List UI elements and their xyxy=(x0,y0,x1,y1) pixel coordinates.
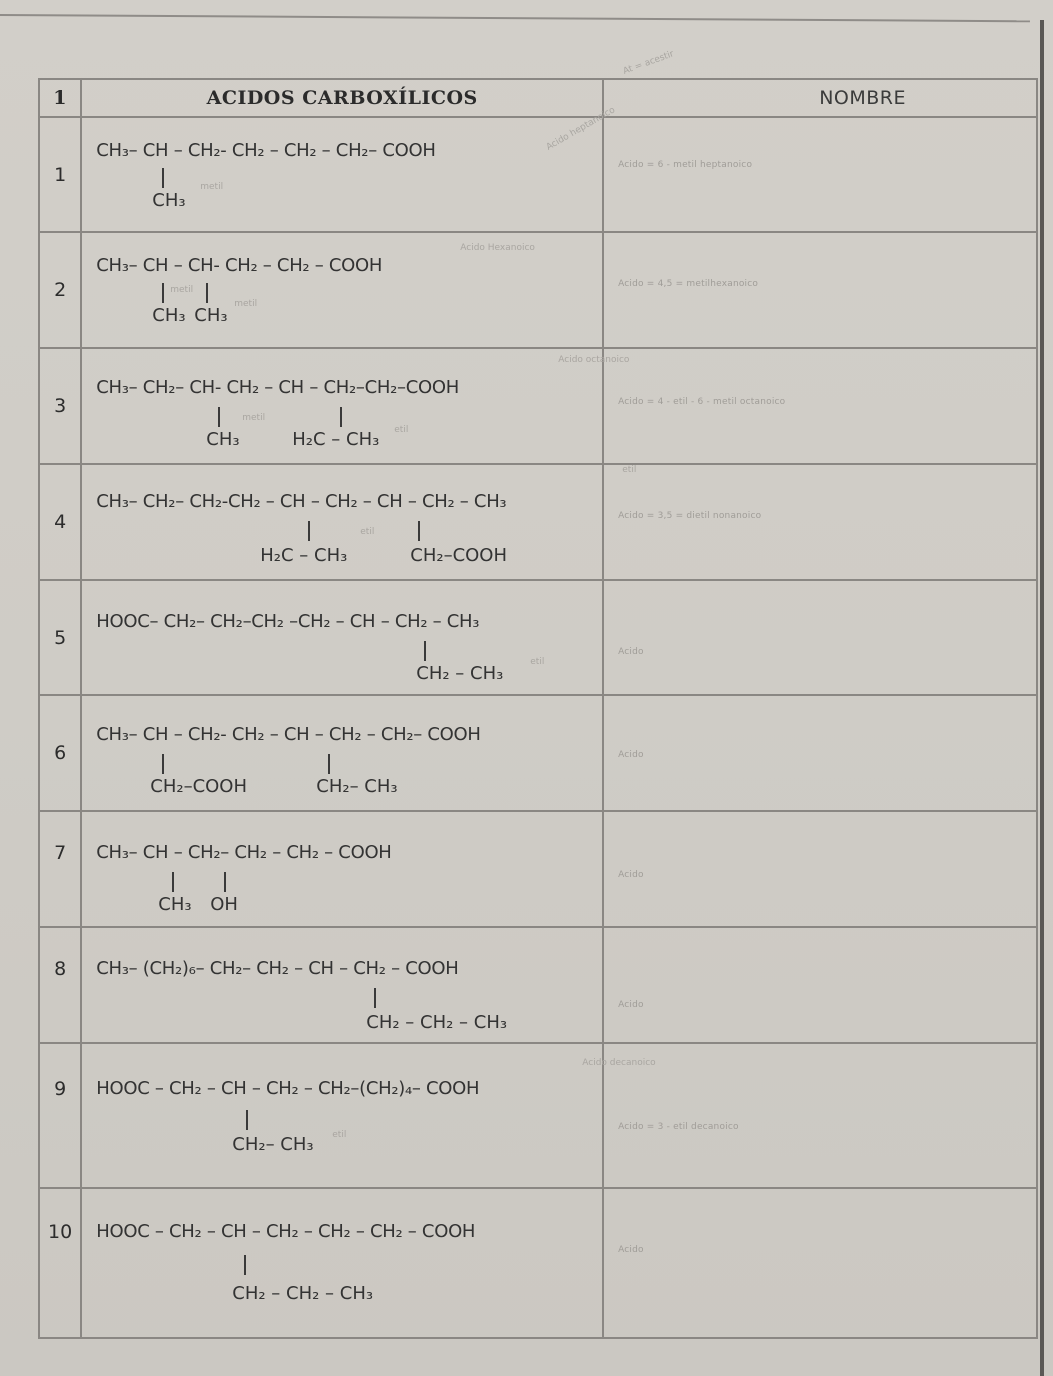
row-number: 5 xyxy=(39,580,81,695)
branch: CH₂– CH₃ xyxy=(316,776,397,797)
table-row: 1 CH₃– CH – CH₂- CH₂ – CH₂ – CH₂– COOH C… xyxy=(39,117,1037,232)
bond-line xyxy=(374,988,376,1008)
main-chain: HOOC – CH₂ – CH – CH₂ – CH₂ – CH₂ – COOH xyxy=(96,1221,475,1242)
pencil-note: metil xyxy=(170,285,193,295)
row-number: 3 xyxy=(39,348,81,464)
handwritten-name: Acido xyxy=(618,870,644,880)
handwritten-name: Acido = 4,5 = metilhexanoico xyxy=(618,279,758,289)
name-cell[interactable]: Acido xyxy=(603,927,1037,1043)
bond-line xyxy=(162,283,164,303)
formula-cell: CH₃– CH₂– CH₂-CH₂ – CH – CH₂ – CH – CH₂ … xyxy=(81,464,603,580)
branch: CH₃ xyxy=(158,894,191,915)
formula-cell: CH₃– (CH₂)₆– CH₂– CH₂ – CH – CH₂ – COOH … xyxy=(81,927,603,1043)
pencil-note: etil xyxy=(360,527,374,537)
main-chain: CH₃– CH – CH- CH₂ – CH₂ – COOH xyxy=(96,255,382,276)
handwritten-name: Acido = 6 - metil heptanoico xyxy=(618,160,752,170)
bond-line xyxy=(328,754,330,774)
branch: CH₂ – CH₂ – CH₃ xyxy=(232,1283,373,1304)
handwritten-name: Acido = 3,5 = dietil nonanoico xyxy=(618,511,761,521)
bond-line xyxy=(162,754,164,774)
branch: CH₂– CH₃ xyxy=(232,1134,313,1155)
pencil-note: Acido Hexanoico xyxy=(460,243,535,253)
row-number: 7 xyxy=(39,811,81,927)
handwritten-name: Acido xyxy=(618,750,644,760)
branch: CH₃ xyxy=(206,429,239,450)
branch: H₂C – CH₃ xyxy=(292,429,379,450)
bond-line xyxy=(424,641,426,661)
bond-line xyxy=(244,1255,246,1275)
name-cell[interactable]: Acido = 3 - etil decanoico xyxy=(603,1043,1037,1188)
branch: OH xyxy=(210,894,238,915)
handwritten-name: Acido = 3 - etil decanoico xyxy=(618,1122,739,1132)
formula-cell: CH₃– CH – CH₂– CH₂ – CH₂ – COOH CH₃ OH xyxy=(81,811,603,927)
main-chain: CH₃– (CH₂)₆– CH₂– CH₂ – CH – CH₂ – COOH xyxy=(96,958,458,979)
pencil-note: etil xyxy=(530,657,544,667)
table-row: 8 CH₃– (CH₂)₆– CH₂– CH₂ – CH – CH₂ – COO… xyxy=(39,927,1037,1043)
carboxylic-acids-table: 1 ACIDOS CARBOXÍLICOS NOMBRE 1 CH₃– CH –… xyxy=(38,78,1038,1339)
bond-line xyxy=(218,407,220,427)
name-column-header: NOMBRE xyxy=(603,79,1037,117)
formula-cell: HOOC – CH₂ – CH – CH₂ – CH₂–(CH₂)₄– COOH… xyxy=(81,1043,603,1188)
branch: CH₃ xyxy=(152,305,185,326)
name-cell[interactable]: Acido = 3,5 = dietil nonanoico xyxy=(603,464,1037,580)
handwritten-name: Acido xyxy=(618,647,644,657)
formula-cell: HOOC – CH₂ – CH – CH₂ – CH₂ – CH₂ – COOH… xyxy=(81,1188,603,1338)
table-row: 3 CH₃– CH₂– CH- CH₂ – CH – CH₂–CH₂–COOH … xyxy=(39,348,1037,464)
formula-cell: CH₃– CH – CH- CH₂ – CH₂ – COOH CH₃ CH₃ m… xyxy=(81,232,603,348)
bond-line xyxy=(162,168,164,188)
bond-line xyxy=(340,407,342,427)
name-cell[interactable]: Acido = 6 - metil heptanoico xyxy=(603,117,1037,232)
main-chain: CH₃– CH – CH₂- CH₂ – CH₂ – CH₂– COOH xyxy=(96,140,435,161)
main-chain: CH₃– CH – CH₂– CH₂ – CH₂ – COOH xyxy=(96,842,391,863)
name-cell[interactable]: Acido xyxy=(603,580,1037,695)
row-number: 10 xyxy=(39,1188,81,1338)
main-chain: CH₃– CH – CH₂- CH₂ – CH – CH₂ – CH₂– COO… xyxy=(96,724,480,745)
row-number: 8 xyxy=(39,927,81,1043)
table-row: 7 CH₃– CH – CH₂– CH₂ – CH₂ – COOH CH₃ OH… xyxy=(39,811,1037,927)
main-chain: HOOC– CH₂– CH₂–CH₂ –CH₂ – CH – CH₂ – CH₃ xyxy=(96,611,479,632)
handwritten-name: Acido xyxy=(618,1245,644,1255)
page-right-edge xyxy=(1040,20,1044,1376)
name-cell[interactable]: Acido = 4 - etil - 6 - metil octanoico xyxy=(603,348,1037,464)
bond-line xyxy=(206,283,208,303)
branch: CH₂–COOH xyxy=(150,776,247,797)
name-cell[interactable]: Acido xyxy=(603,811,1037,927)
name-cell[interactable]: Acido xyxy=(603,1188,1037,1338)
row-number: 2 xyxy=(39,232,81,348)
table-row: 5 HOOC– CH₂– CH₂–CH₂ –CH₂ – CH – CH₂ – C… xyxy=(39,580,1037,695)
branch: CH₂ – CH₃ xyxy=(416,663,503,684)
formula-cell: CH₃– CH – CH₂- CH₂ – CH₂ – CH₂– COOH CH₃… xyxy=(81,117,603,232)
pencil-note: metil xyxy=(242,413,265,423)
bond-line xyxy=(308,521,310,541)
bond-line xyxy=(246,1110,248,1130)
main-chain: CH₃– CH₂– CH- CH₂ – CH – CH₂–CH₂–COOH xyxy=(96,377,459,398)
table-row: 2 CH₃– CH – CH- CH₂ – CH₂ – COOH CH₃ CH₃… xyxy=(39,232,1037,348)
bond-line xyxy=(224,872,226,892)
row-number: 1 xyxy=(39,117,81,232)
formula-cell: CH₃– CH₂– CH- CH₂ – CH – CH₂–CH₂–COOH CH… xyxy=(81,348,603,464)
row-number: 6 xyxy=(39,695,81,811)
pencil-note: etil xyxy=(332,1130,346,1140)
table-row: 10 HOOC – CH₂ – CH – CH₂ – CH₂ – CH₂ – C… xyxy=(39,1188,1037,1338)
section-number: 1 xyxy=(39,79,81,117)
row-number: 4 xyxy=(39,464,81,580)
pencil-note: metil xyxy=(234,299,257,309)
main-chain: HOOC – CH₂ – CH – CH₂ – CH₂–(CH₂)₄– COOH xyxy=(96,1078,479,1099)
main-chain: CH₃– CH₂– CH₂-CH₂ – CH – CH₂ – CH – CH₂ … xyxy=(96,491,506,512)
name-cell[interactable]: Acido = 4,5 = metilhexanoico xyxy=(603,232,1037,348)
table-row: 6 CH₃– CH – CH₂- CH₂ – CH – CH₂ – CH₂– C… xyxy=(39,695,1037,811)
table-title: ACIDOS CARBOXÍLICOS xyxy=(81,79,603,117)
branch: CH₂–COOH xyxy=(410,545,507,566)
row-number: 9 xyxy=(39,1043,81,1188)
pencil-note: etil xyxy=(394,425,408,435)
table-header-row: 1 ACIDOS CARBOXÍLICOS NOMBRE xyxy=(39,79,1037,117)
bond-line xyxy=(172,872,174,892)
bond-line xyxy=(418,521,420,541)
handwritten-name: Acido xyxy=(618,1000,644,1010)
formula-cell: HOOC– CH₂– CH₂–CH₂ –CH₂ – CH – CH₂ – CH₃… xyxy=(81,580,603,695)
branch: CH₃ xyxy=(194,305,227,326)
branch: H₂C – CH₃ xyxy=(260,545,347,566)
name-cell[interactable]: Acido xyxy=(603,695,1037,811)
table-row: 4 CH₃– CH₂– CH₂-CH₂ – CH – CH₂ – CH – CH… xyxy=(39,464,1037,580)
branch: CH₃ xyxy=(152,190,185,211)
branch: CH₂ – CH₂ – CH₃ xyxy=(366,1012,507,1033)
table-row: 9 HOOC – CH₂ – CH – CH₂ – CH₂–(CH₂)₄– CO… xyxy=(39,1043,1037,1188)
formula-cell: CH₃– CH – CH₂- CH₂ – CH – CH₂ – CH₂– COO… xyxy=(81,695,603,811)
handwritten-name: Acido = 4 - etil - 6 - metil octanoico xyxy=(618,397,785,407)
pencil-note: metil xyxy=(200,182,223,192)
